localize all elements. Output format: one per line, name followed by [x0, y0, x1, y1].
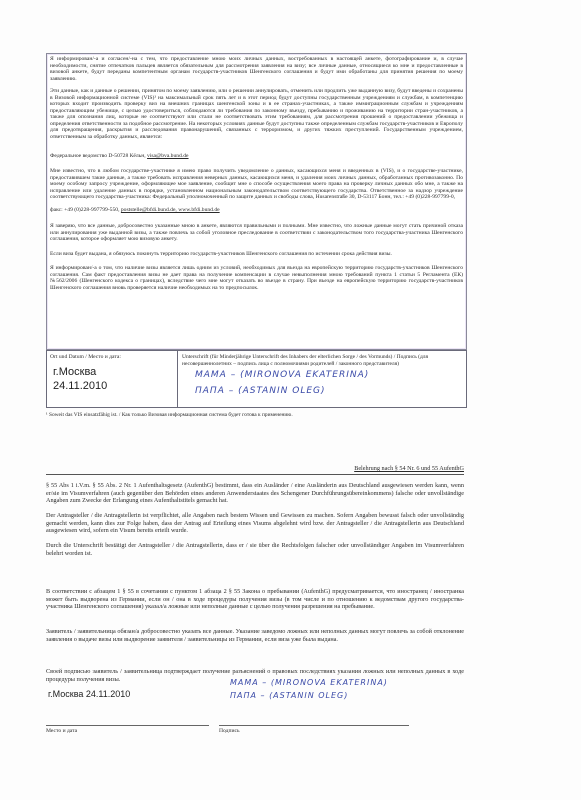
rights-paragraph: Мне известно, что в любом государстве-уч… [50, 168, 463, 201]
place-date-sublabel: Место и дата [46, 728, 77, 734]
de-paragraph: Der Antragsteller / die Antragstellerin … [46, 512, 464, 535]
signature-line [219, 725, 409, 726]
consent-paragraph: Я информирован/-а и согласен/-на с тем, … [50, 56, 463, 82]
departure-paragraph: Если виза будет выдана, я обязуюсь покин… [50, 251, 463, 258]
handwritten-signature-father: ПАПА – (ASTANIN OLEG) [195, 386, 326, 396]
belehrung-title: Belehrung nach § 54 Nr. 6 und 55 Aufenth… [354, 465, 464, 472]
signature-box: Ort und Datum / Место и дата: г.Москва 2… [46, 350, 467, 408]
signature-label: Unterschrift (für Minderjährige Untersch… [182, 354, 462, 368]
email-link[interactable]: visa@bva.bund.de [147, 153, 189, 159]
ru-paragraph: Заявитель / заявительница обязан/а добро… [46, 628, 464, 643]
document-page: Я информирован/-а и согласен/-на с тем, … [0, 0, 581, 800]
place-date-cell: Ort und Datum / Место и дата: г.Москва 2… [47, 351, 178, 407]
vis-paragraph: Эти данные, как и данные о решении, прин… [50, 88, 463, 140]
contact-links[interactable]: poststelle@bfdi.bund.de, www.bfdi.bund.d… [121, 207, 220, 213]
fax-line: факс: +49 (0)228-997799-550, poststelle@… [50, 207, 463, 214]
signature-sublabel: Подпись [219, 728, 240, 734]
place-date-value: г.Москва 24.11.2010 [53, 365, 107, 393]
place-date-label: Ort und Datum / Место и дата: [50, 354, 121, 360]
footnote: ¹ Soweit das VIS einsatzfähig ist. / Как… [46, 412, 293, 418]
entry-conditions-paragraph: Я информирован/-а о том, что наличие виз… [50, 265, 463, 291]
de-paragraph: Durch die Unterschrift bestätigt der Ant… [46, 542, 464, 557]
consent-box: Я информирован/-а и согласен/-на с тем, … [46, 53, 467, 350]
bottom-place-date: г.Москва 24.11.2010 [48, 689, 130, 699]
assurance-paragraph: Я заверяю, что все данные, добросовестно… [50, 223, 463, 243]
de-paragraph: § 55 Abs 1 i.V.m. § 55 Abs. 2 Nr. 1 Aufe… [46, 482, 464, 505]
divider [46, 474, 464, 475]
handwritten-signature-mother: МАМА – (MIRONOVA EKATERINA) [195, 370, 369, 380]
handwritten-signature-father-bottom: ПАПА – (ASTANIN OLEG) [230, 691, 348, 700]
handwritten-signature-mother-bottom: МАМА – (MIRONOVA EKATERINA) [230, 678, 388, 687]
authority-line: Федеральное ведомство D-50728 Кёльн, vis… [50, 153, 463, 160]
place-date-line [46, 725, 209, 726]
ru-paragraph: В соответствии с абзацем 1 § 55 в сочета… [46, 588, 464, 611]
